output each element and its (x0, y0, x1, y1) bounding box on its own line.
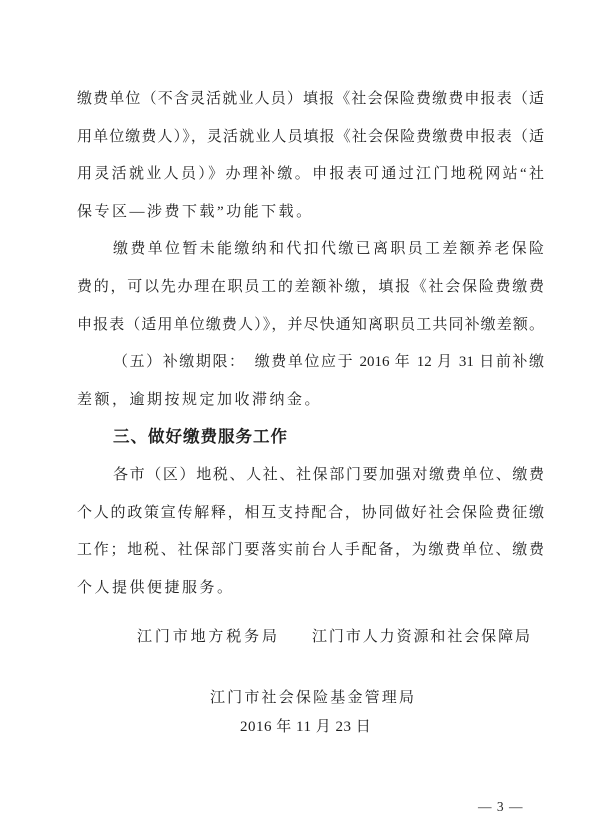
paragraph-line: 用灵活就业人员）》办理补缴。申报表可通过江门地税网站“社 (77, 156, 544, 194)
paragraph-line: 个人提供便捷服务。 (77, 570, 544, 608)
paragraph-line: 个人的政策宣传解释，相互支持配合，协同做好社会保险费征缴 (77, 495, 544, 533)
signature-agency-left: 江门市地方税务局 (137, 619, 277, 655)
document-page: 缴费单位（不含灵活就业人员）填报《社会保险费缴费申报表（适 用单位缴费人）》，灵… (0, 0, 610, 834)
signature-date: 2016 年 11 月 23 日 (240, 709, 380, 745)
paragraph-line: 保专区—涉费下载”功能下载。 (77, 194, 544, 232)
paragraph-line: 用单位缴费人）》，灵活就业人员填报《社会保险费缴费申报表（适 (77, 119, 544, 157)
signature-row: 江门市地方税务局 江门市人力资源和社会保障局 (137, 619, 530, 655)
paragraph-line: 差额，逾期按规定加收滞纳金。 (77, 382, 544, 420)
paragraph-line: 各市（区）地税、人社、社保部门要加强对缴费单位、缴费 (77, 457, 544, 495)
document-body: 缴费单位（不含灵活就业人员）填报《社会保险费缴费申报表（适 用单位缴费人）》，灵… (77, 81, 544, 607)
paragraph-line: 申报表（适用单位缴费人）》，并尽快通知离职员工共同补缴差额。 (77, 307, 544, 345)
paragraph-line: 工作；地税、社保部门要落实前台人手配备，为缴费单位、缴费 (77, 532, 544, 570)
signature-agency-right: 江门市人力资源和社会保障局 (312, 619, 530, 655)
paragraph-line: 缴费单位暂未能缴纳和代扣代缴已离职员工差额养老保险 (77, 231, 544, 269)
paragraph-line: 费的，可以先办理在职员工的差额补缴，填报《社会保险费缴费 (77, 269, 544, 307)
paragraph-line: （五）补缴期限： 缴费单位应于 2016 年 12 月 31 日前补缴 (77, 344, 544, 382)
paragraph-line: 缴费单位（不含灵活就业人员）填报《社会保险费缴费申报表（适 (77, 81, 544, 119)
page-number: — 3 — (478, 796, 524, 818)
section-heading: 三、做好缴费服务工作 (77, 419, 544, 457)
